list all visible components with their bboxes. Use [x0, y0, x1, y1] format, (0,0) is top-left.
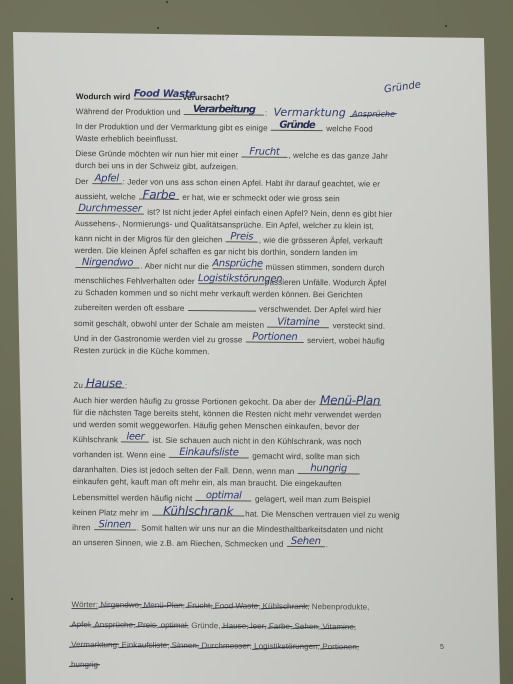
handwritten-answer: Gründe: [271, 121, 323, 131]
answer-blank: leer: [121, 432, 149, 443]
word-bank-row: Vermarktung, Einkaufsliste, Sinnen, Durc…: [71, 635, 451, 658]
word-bank-word: Food Waste: [215, 596, 259, 616]
answer-blank: Vitamine: [267, 316, 329, 328]
text-line: an unseren Sinnen, wie z.B. am Riechen, …: [72, 534, 452, 552]
handwritten-answer: Portionen: [246, 332, 304, 343]
handwritten-answer: hungrig: [298, 464, 360, 475]
text: Diese Gründe möchten wir nun hier mit ei…: [75, 149, 238, 159]
word-bank-word: Kühlschrank: [263, 597, 308, 617]
handwritten-answer: Preis: [226, 232, 258, 242]
wall-speck: [445, 25, 447, 27]
word-bank-word: Logistikstörungen: [254, 636, 318, 657]
word-bank-word: optimal: [161, 616, 187, 636]
answer-blank: Nirgendwo: [75, 257, 139, 269]
answer-blank: Gründe: [271, 120, 323, 131]
text: kann nicht in der Migros für den gleiche…: [75, 234, 223, 244]
handwritten-answer: Durchmesser: [76, 204, 144, 215]
word-bank-word: Preis: [138, 615, 157, 635]
answer-blank: Sinnen: [94, 519, 136, 530]
text: : Jeder von uns ass schon einen Apfel. H…: [123, 177, 380, 188]
word-bank-word: hungrig: [71, 655, 98, 675]
answer-blank: Durchmesser: [76, 203, 144, 215]
page-number: 5: [440, 644, 444, 651]
answer-blank: Hause: [84, 377, 124, 388]
word-bank-word: Sinnen: [172, 636, 197, 656]
word-bank-word: leer: [251, 616, 265, 636]
text: Zu: [73, 381, 83, 390]
text: zubereiten werden oft essbare: [74, 303, 184, 313]
wall-speck: [166, 1, 168, 3]
handwritten-answer: Kühlschrank: [152, 505, 244, 516]
handwritten-answer: Nirgendwo: [75, 258, 139, 269]
text: welche Food: [326, 124, 373, 133]
answer-blank: Verarbeitung: [184, 104, 264, 116]
handwritten-answer: Ansprüche: [212, 259, 262, 269]
handwritten-answer: Hause: [84, 378, 124, 388]
word-bank-word: Menü-Plan: [144, 596, 183, 616]
word-bank-word: Farbe: [269, 617, 290, 637]
text: menschliches Fehlverhalten oder: [74, 276, 194, 286]
wall-speck: [157, 27, 159, 29]
handwritten-answer: Logistikstörungen: [198, 274, 264, 285]
handwritten-answer: Einkaufsliste: [169, 448, 249, 459]
handwritten-answer: Frucht: [241, 148, 287, 158]
word-bank-word: Ansprüche: [94, 615, 133, 635]
worksheet-text: Wodurch wird Food Wasteverursacht? Währe…: [71, 88, 456, 678]
answer-blank: Einkaufsliste: [169, 447, 249, 459]
answer-blank-empty: [188, 300, 256, 312]
answer-blank: Apfel: [92, 173, 122, 184]
text: Der: [75, 177, 88, 186]
text: versteckt sind.: [333, 321, 386, 330]
word-bank-word: Nirgendwo: [100, 595, 139, 615]
handwritten-answer: Food Waste: [134, 90, 182, 100]
text: Auch hier werden häufig zu grosse Portio…: [73, 396, 316, 407]
text: :: [125, 381, 127, 390]
word-bank-word: Einkaufsliste: [122, 635, 168, 655]
text: müssen stimmen, sondern durch: [266, 263, 385, 273]
handwritten-answer: Farbe: [139, 189, 179, 199]
text: somit geschält, obwohl unter der Schale …: [74, 318, 264, 329]
word-bank-row: hungrig: [71, 655, 451, 678]
word-bank-word: Sehen: [294, 617, 318, 637]
word-bank-word: Gründe: [191, 621, 218, 630]
text: er hat, wie er schmeckt oder wie gross s…: [182, 193, 339, 203]
wall-speck: [11, 598, 13, 600]
title-blank: Food Waste: [134, 89, 182, 100]
handwritten-answer: Menü-Plan: [319, 395, 381, 406]
word-bank-word: Nebenprodukte: [312, 602, 367, 611]
text: aussieht, welche: [75, 192, 136, 202]
text: Lebensmittel werden häufig nicht: [72, 493, 192, 503]
word-bank: Wörter: Nirgendwo, Menü-Plan, Frucht, Fo…: [71, 595, 452, 678]
text: , wie die grösseren Äpfel, verkauft: [259, 236, 383, 246]
struck-note: Ansprüche: [352, 109, 395, 121]
handwritten-answer: leer: [121, 433, 149, 443]
text: :: [265, 109, 267, 118]
handwritten-answer: Sinnen: [94, 520, 136, 530]
answer-blank: Farbe: [139, 188, 179, 199]
word-bank-word: Durchmesser: [201, 636, 249, 656]
handwritten-answer: Verarbeitung: [184, 105, 264, 116]
answer-blank: hungrig: [298, 463, 360, 475]
text: gelagert, weil man zum Beispiel: [255, 494, 370, 504]
text: serviert, wobei häufig: [307, 336, 385, 346]
text: hat. Die Menschen vertrauen viel zu weni…: [245, 509, 400, 519]
text: keinen Platz mehr im: [72, 508, 149, 518]
text: Während der Produktion und: [76, 107, 181, 117]
text: verschwendet. Der Apfel wird hier: [259, 305, 381, 315]
word-bank-word: Vermarktung: [71, 635, 117, 655]
answer-blank: optimal: [196, 490, 252, 501]
answer-blank: Sehen: [287, 536, 325, 547]
text: passieren Unfälle. Wodurch Äpfel: [265, 278, 387, 288]
handwritten-answer: optimal: [196, 491, 252, 501]
text: ihren: [72, 523, 90, 532]
text: . Aber nicht nur die: [140, 262, 209, 272]
word-bank-word: Vitamine: [322, 617, 354, 637]
answer-blank: Kühlschrank: [152, 504, 244, 516]
word-bank-word: Apfel: [71, 615, 90, 635]
answer-blank: Logistikstörungen: [198, 273, 264, 285]
answer-blank: Preis: [226, 231, 258, 242]
word-bank-word: Frucht: [187, 596, 210, 616]
text: vorhanden ist. Wenn eine: [73, 450, 166, 460]
handwritten-answer: [188, 311, 256, 312]
text: In der Produktion und der Vermarktung gi…: [76, 122, 268, 133]
answer-blank: Portionen: [246, 331, 304, 343]
text: Kühlschrank: [73, 435, 118, 444]
text: ist? Ist nicht jeder Apfel einfach einen…: [147, 207, 392, 218]
handwritten-answer: Vitamine: [267, 317, 329, 328]
text: .: [326, 540, 328, 549]
title-prefix: Wodurch wird: [76, 92, 130, 101]
word-bank-label: Wörter:: [71, 600, 98, 609]
answer-blank: Frucht: [241, 147, 287, 158]
handwritten-answer: Apfel: [92, 174, 122, 184]
answer-blank: Ansprüche: [212, 258, 262, 269]
text: gemacht wird, sollte man sich: [252, 452, 360, 462]
handwritten-answer: Sehen: [287, 537, 325, 547]
handwritten-note: Vermarktung: [273, 106, 345, 120]
word-bank-word: Portionen: [322, 637, 357, 657]
text: , welche es das ganze Jahr: [288, 151, 387, 161]
text: Und in der Gastronomie werden viel zu gr…: [74, 334, 243, 344]
separator: ,: [367, 602, 369, 611]
word-bank-word: Hause: [223, 616, 247, 636]
answer-blank: Menü-Plan: [319, 394, 381, 406]
text: an unseren Sinnen, wie z.B. am Riechen, …: [72, 538, 283, 549]
text: . Somit halten wir uns nur an die Mindes…: [137, 523, 383, 534]
text: ist. Sie schauen auch nicht in den Kühls…: [153, 436, 362, 447]
text: daranhalten. Dies ist jedoch selten der …: [73, 465, 295, 476]
